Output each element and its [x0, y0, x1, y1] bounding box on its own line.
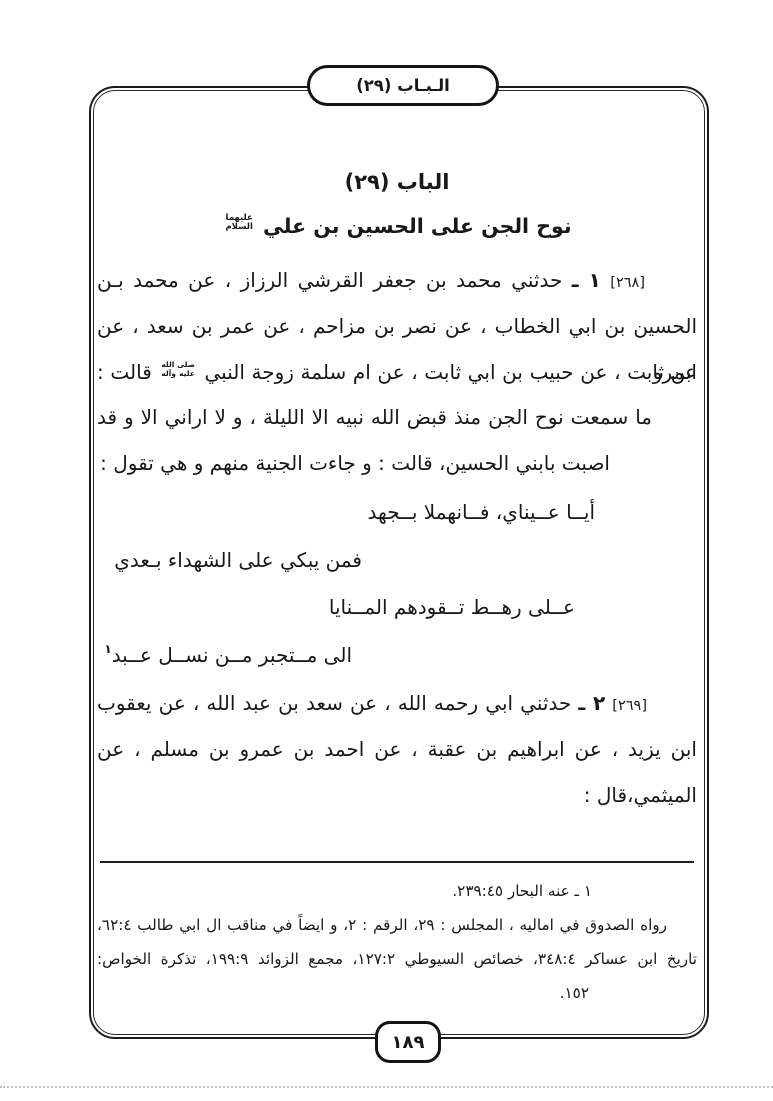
hadith-2-ref-marker: [٢٦٩] [612, 698, 647, 714]
page-title: الباب (٢٩) [97, 164, 697, 200]
poem-hemistich-4-text: الى مــتجبر مــن نســل عــبد [112, 643, 352, 667]
hadith-1-line-1: [٢٦٨] ١ ـ حدثني محمد بن جعفر القرشي الرز… [97, 257, 697, 303]
footnote-2-line-1: رواه الصدوق في اماليه ، المجلس : ٢٩، الر… [97, 908, 697, 942]
hadith-2-line-2: ابن يزيد ، عن ابراهيم بن عقبة ، عن احمد … [97, 726, 697, 772]
honorific-line-bottom: عليه وآله [161, 370, 195, 379]
footnote-1: ١ ـ عنه البحار ٢٣٩:٤٥. [97, 874, 697, 908]
hadith-2-text: حدثني ابي رحمه الله ، عن سعد بن عبد الله… [97, 691, 571, 715]
hadith-1-number: ١ ـ [572, 268, 601, 292]
hadith-1: [٢٦٨] ١ ـ حدثني محمد بن جعفر القرشي الرز… [97, 257, 697, 395]
narration-line-1: ما سمعت نوح الجن منذ قبض الله نبيه الا ا… [97, 394, 697, 440]
poem-hemistich-1: أيــا عــيناي، فــانهملا بــجهد [97, 489, 697, 537]
hadith-1-text: حدثني محمد بن جعفر القرشي الرزاز ، عن مح… [97, 268, 562, 292]
chapter-subtitle: نوح الجن على الحسين بن علي عليهما السلام [97, 206, 697, 246]
footnote-2-line-2: تاريخ ابن عساكر ٣٤٨:٤، خصائص السيوطي ١٢٧… [97, 942, 697, 976]
footnote-1-text: ١ ـ عنه البحار ٢٣٩:٤٥. [97, 874, 697, 908]
footnote-2: رواه الصدوق في اماليه ، المجلس : ٢٩، الر… [97, 908, 697, 1010]
poem-hemistich-4: الى مــتجبر مــن نســل عــبد١ [97, 632, 697, 680]
hadith-1-line-3: ابن ثابت ، عن حبيب بن ابي ثابت ، عن ام س… [97, 349, 697, 395]
book-page: الـبـاب (٢٩) ١٨٩ الباب (٢٩) نوح الجن على… [0, 0, 773, 1101]
poem-hemistich-3: عــلى رهــط تــقودهم المــنايا [97, 584, 697, 632]
hadith-2-line-1: [٢٦٩] ٢ ـ حدثني ابي رحمه الله ، عن سعد ب… [97, 680, 697, 726]
jinn-lament-poem: أيــا عــيناي، فــانهملا بــجهد فمن يبكي… [97, 489, 697, 679]
footnote-marker-1: ١ [104, 642, 111, 656]
hadith-2: [٢٦٩] ٢ ـ حدثني ابي رحمه الله ، عن سعد ب… [97, 680, 697, 818]
page-text: الباب (٢٩) نوح الجن على الحسين بن علي عل… [97, 0, 697, 1101]
hadith-2-line-3: قال : [97, 772, 697, 818]
honorific-salla-allah-alayhi-waalih: صلى الله عليه وآله [161, 361, 195, 378]
hadith-1-text-continue: ابن ثابت ، عن حبيب بن ابي ثابت ، عن ام س… [205, 360, 697, 384]
honorific-alayhima-assalam: عليهما السلام [225, 214, 252, 233]
narration-line-2: اصبت بابني الحسين، قالت : و جاءت الجنية … [97, 440, 697, 486]
hadith-1-qalat: قالت : [97, 360, 152, 384]
poem-hemistich-2: فمن يبكي على الشهداء بـعدي [97, 537, 697, 585]
honorific-line-bottom: السلام [225, 223, 252, 233]
hadith-2-number: ٢ ـ [578, 691, 605, 715]
chapter-subtitle-text: نوح الجن على الحسين بن علي [263, 214, 572, 238]
narration: ما سمعت نوح الجن منذ قبض الله نبيه الا ا… [97, 394, 697, 486]
hadith-1-line-2: الحسين بن ابي الخطاب ، عن نصر بن مزاحم ،… [97, 303, 697, 349]
footnote-2-line-3: ١٥٢. [97, 976, 697, 1010]
footnote-separator [100, 861, 694, 863]
hadith-1-ref-marker: [٢٦٨] [610, 275, 645, 291]
